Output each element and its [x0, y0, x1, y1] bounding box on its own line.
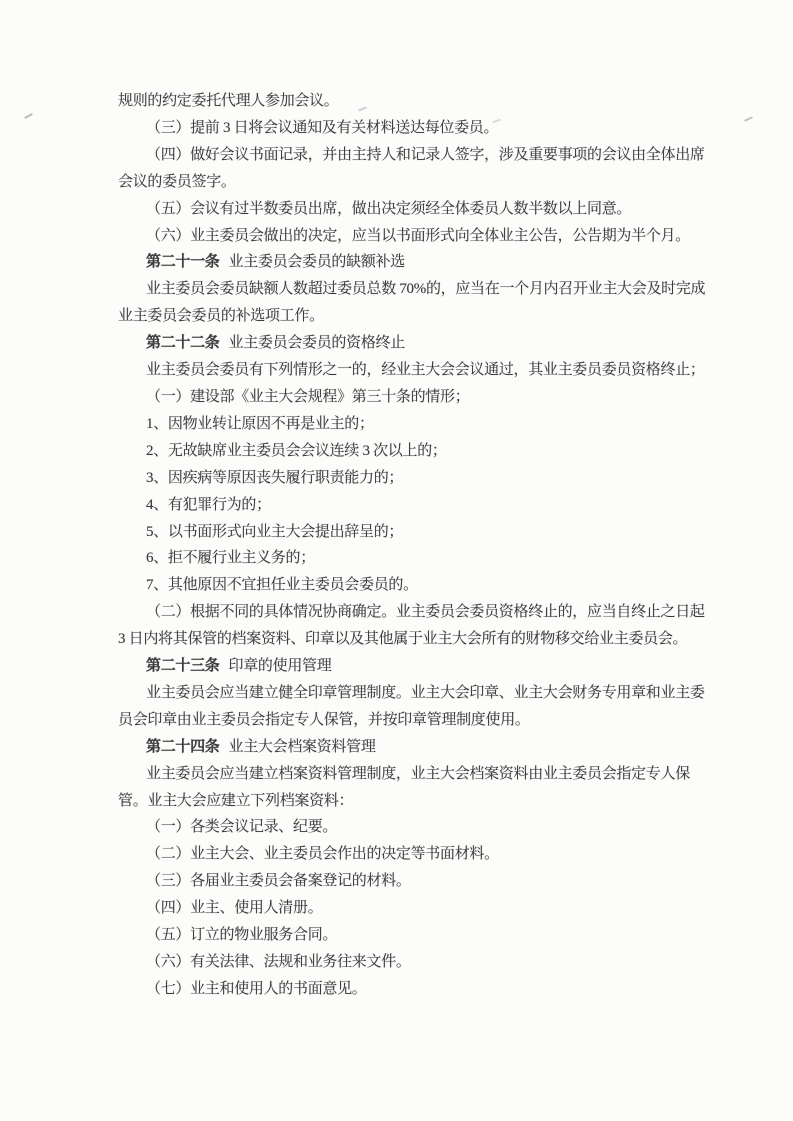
paragraph: 5、以书面形式向业主大会提出辞呈的；: [118, 519, 718, 546]
article-heading: 第二十一条业主委员会委员的缺额补选: [118, 249, 718, 276]
article-number: 第二十三条: [146, 658, 220, 674]
article-title: 业主委员会委员的资格终止: [229, 335, 405, 351]
paragraph: （四）做好会议书面记录，并由主持人和记录人签字，涉及重要事项的会议由全体出席 会…: [118, 142, 718, 196]
article-title: 印章的使用管理: [229, 658, 332, 674]
paragraph: 1、因物业转让原因不再是业主的；: [118, 411, 718, 438]
paragraph: 业主委员会委员缺额人数超过委员总数 70%的，应当在一个月内召开业主大会及时完成…: [118, 276, 718, 330]
article-heading: 第二十二条业主委员会委员的资格终止: [118, 330, 718, 357]
paragraph: （三）提前 3 日将会议通知及有关材料送达每位委员。: [118, 115, 718, 142]
paragraph: （三）各届业主委员会备案登记的材料。: [118, 868, 718, 895]
scan-speck: [24, 113, 33, 119]
article-number: 第二十四条: [146, 739, 220, 755]
paragraph: （四）业主、使用人清册。: [118, 895, 718, 922]
paragraph: 7、其他原因不宜担任业主委员会委员的。: [118, 572, 718, 599]
paragraph: （六）业主委员会做出的决定，应当以书面形式向全体业主公告，公告期为半个月。: [118, 223, 718, 250]
paragraph: 3、因疾病等原因丧失履行职责能力的；: [118, 465, 718, 492]
paragraph: 业主委员会应当建立档案资料管理制度，业主大会档案资料由业主委员会指定专人保 管。…: [118, 761, 718, 815]
article-heading: 第二十四条业主大会档案资料管理: [118, 734, 718, 761]
document-text-block: 规则的约定委托代理人参加会议。（三）提前 3 日将会议通知及有关材料送达每位委员…: [118, 88, 718, 1003]
paragraph: （二）根据不同的具体情况协商确定。业主委员会委员资格终止的，应当自终止之日起 3…: [118, 599, 718, 653]
paragraph: （五）订立的物业服务合同。: [118, 922, 718, 949]
article-number: 第二十一条: [146, 254, 220, 270]
paragraph: （五）会议有过半数委员出席，做出决定须经全体委员人数半数以上同意。: [118, 196, 718, 223]
paragraph: 2、无故缺席业主委员会会议连续 3 次以上的；: [118, 438, 718, 465]
paragraph: （六）有关法律、法规和业务往来文件。: [118, 949, 718, 976]
paragraph: 业主委员会委员有下列情形之一的，经业主大会会议通过，其业主委员委员资格终止；: [118, 357, 718, 384]
scan-speck: [744, 116, 753, 122]
article-title: 业主委员会委员的缺额补选: [229, 254, 405, 270]
article-heading: 第二十三条印章的使用管理: [118, 653, 718, 680]
article-number: 第二十二条: [146, 335, 220, 351]
scanned-document-page: 规则的约定委托代理人参加会议。（三）提前 3 日将会议通知及有关材料送达每位委员…: [0, 0, 793, 1121]
paragraph: 4、有犯罪行为的；: [118, 492, 718, 519]
article-title: 业主大会档案资料管理: [229, 739, 376, 755]
paragraph: （一）各类会议记录、纪要。: [118, 814, 718, 841]
paragraph: （一）建设部《业主大会规程》第三十条的情形；: [118, 384, 718, 411]
paragraph: 规则的约定委托代理人参加会议。: [118, 88, 718, 115]
paragraph: （七）业主和使用人的书面意见。: [118, 976, 718, 1003]
paragraph: 6、拒不履行业主义务的；: [118, 545, 718, 572]
paragraph: （二）业主大会、业主委员会作出的决定等书面材料。: [118, 841, 718, 868]
paragraph: 业主委员会应当建立健全印章管理制度。业主大会印章、业主大会财务专用章和业主委 员…: [118, 680, 718, 734]
